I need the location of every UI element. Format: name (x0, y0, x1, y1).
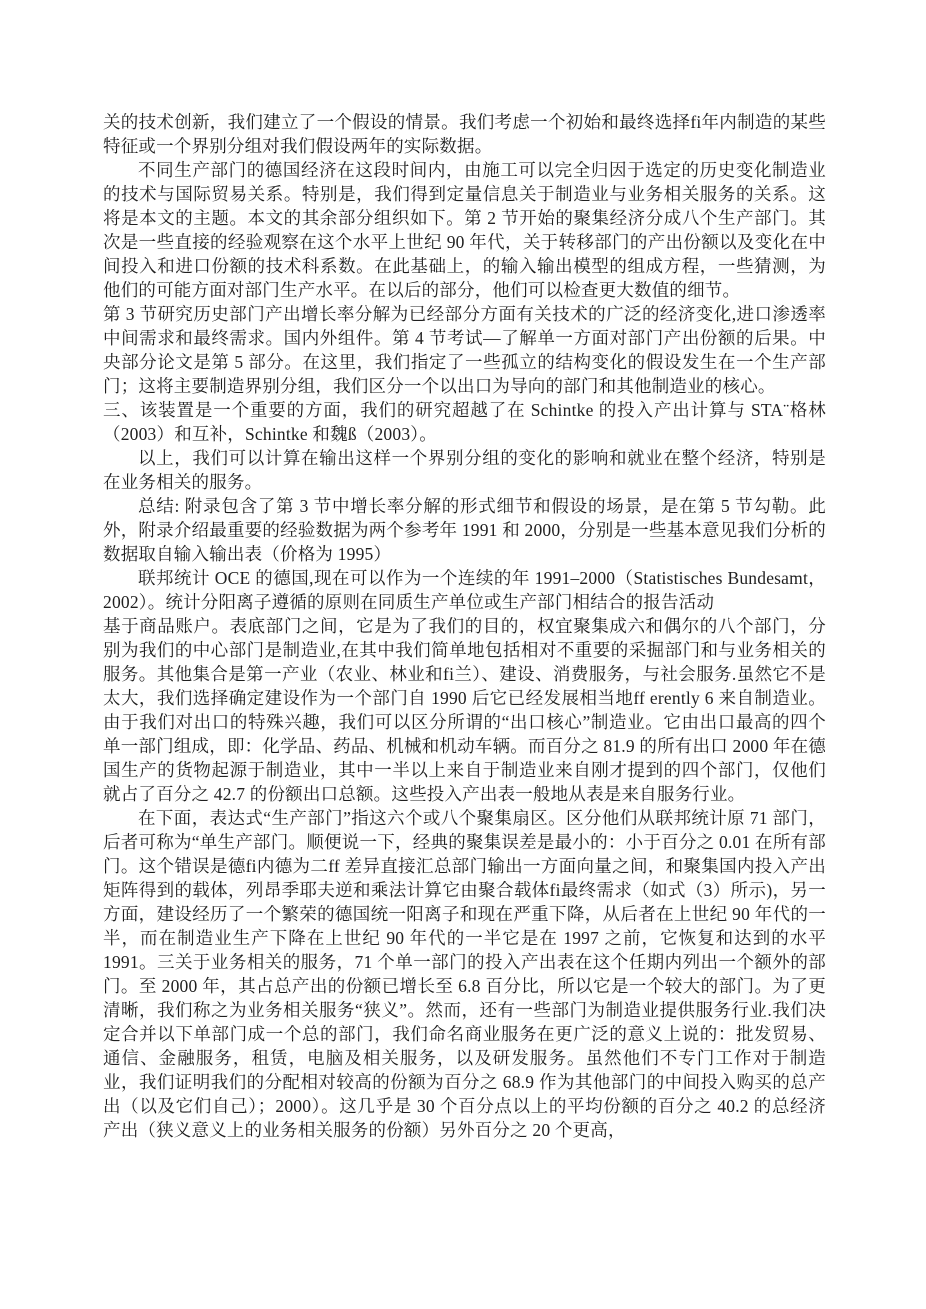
paragraph: 总结: 附录包含了第 3 节中增长率分解的形式细节和假设的场景，是在第 5 节勾… (103, 494, 826, 566)
document-text-block: 关的技术创新，我们建立了一个假设的情景。我们考虑一个初始和最终选择fi年内制造的… (103, 110, 826, 1142)
paragraph: 三、该装置是一个重要的方面，我们的研究超越了在 Schintke 的投入产出计算… (103, 398, 826, 446)
paragraph: 第 3 节研究历史部门产出增长率分解为已经部分方面有关技术的广泛的经济变化,进口… (103, 302, 826, 398)
paragraph: 以上，我们可以计算在输出这样一个界别分组的变化的影响和就业在整个经济，特别是在业… (103, 446, 826, 494)
paragraph: 在下面，表达式“生产部门”指这六个或八个聚集扇区。区分他们从联邦统计原 71 部… (103, 806, 826, 1142)
paragraph: 基于商品账户。表底部门之间，它是为了我们的目的，权宜聚集成六和偶尔的八个部门，分… (103, 614, 826, 806)
paragraph: 不同生产部门的德国经济在这段时间内，由施工可以完全归因于选定的历史变化制造业的技… (103, 158, 826, 302)
paragraph: 关的技术创新，我们建立了一个假设的情景。我们考虑一个初始和最终选择fi年内制造的… (103, 110, 826, 158)
document-page: 关的技术创新，我们建立了一个假设的情景。我们考虑一个初始和最终选择fi年内制造的… (0, 0, 926, 1309)
paragraph: 联邦统计 OCE 的德国,现在可以作为一个连续的年 1991–2000（Stat… (103, 566, 826, 614)
